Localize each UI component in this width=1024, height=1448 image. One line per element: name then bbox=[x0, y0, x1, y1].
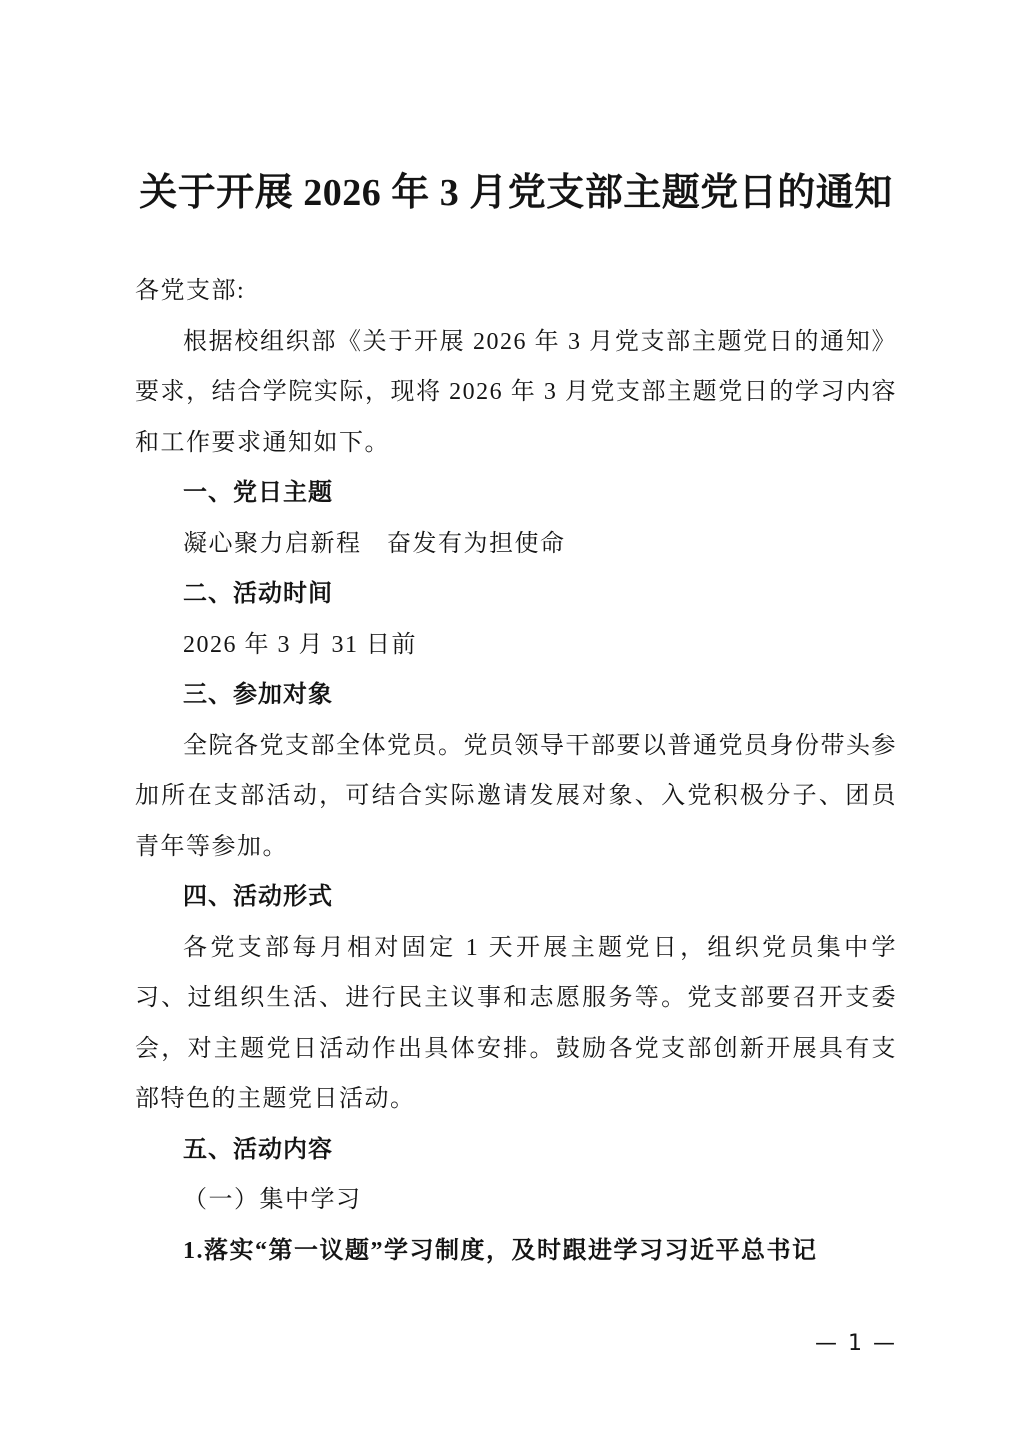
subsection-heading: （一）集中学习 bbox=[135, 1175, 897, 1226]
section-heading-5: 五、活动内容 bbox=[135, 1125, 897, 1176]
section-heading-4: 四、活动形式 bbox=[135, 872, 897, 923]
section-body-2: 2026 年 3 月 31 日前 bbox=[135, 620, 897, 671]
section-body-1: 凝心聚力启新程 奋发有为担使命 bbox=[135, 519, 897, 570]
numbered-item-1: 1.落实“第一议题”学习制度，及时跟进学习习近平总书记 bbox=[135, 1226, 897, 1277]
section-body-3: 全院各党支部全体党员。党员领导干部要以普通党员身份带头参加所在支部活动，可结合实… bbox=[135, 721, 897, 873]
section-body-4: 各党支部每月相对固定 1 天开展主题党日，组织党员集中学习、过组织生活、进行民主… bbox=[135, 923, 897, 1125]
salutation: 各党支部: bbox=[135, 266, 897, 317]
section-heading-2: 二、活动时间 bbox=[135, 569, 897, 620]
document-page: 关于开展 2026 年 3 月党支部主题党日的通知 各党支部: 根据校组织部《关… bbox=[0, 0, 1024, 1448]
section-heading-1: 一、党日主题 bbox=[135, 468, 897, 519]
document-title: 关于开展 2026 年 3 月党支部主题党日的通知 bbox=[135, 160, 897, 226]
page-number: — 1 — bbox=[135, 1328, 897, 1360]
section-heading-3: 三、参加对象 bbox=[135, 670, 897, 721]
intro-paragraph: 根据校组织部《关于开展 2026 年 3 月党支部主题党日的通知》要求，结合学院… bbox=[135, 317, 897, 469]
